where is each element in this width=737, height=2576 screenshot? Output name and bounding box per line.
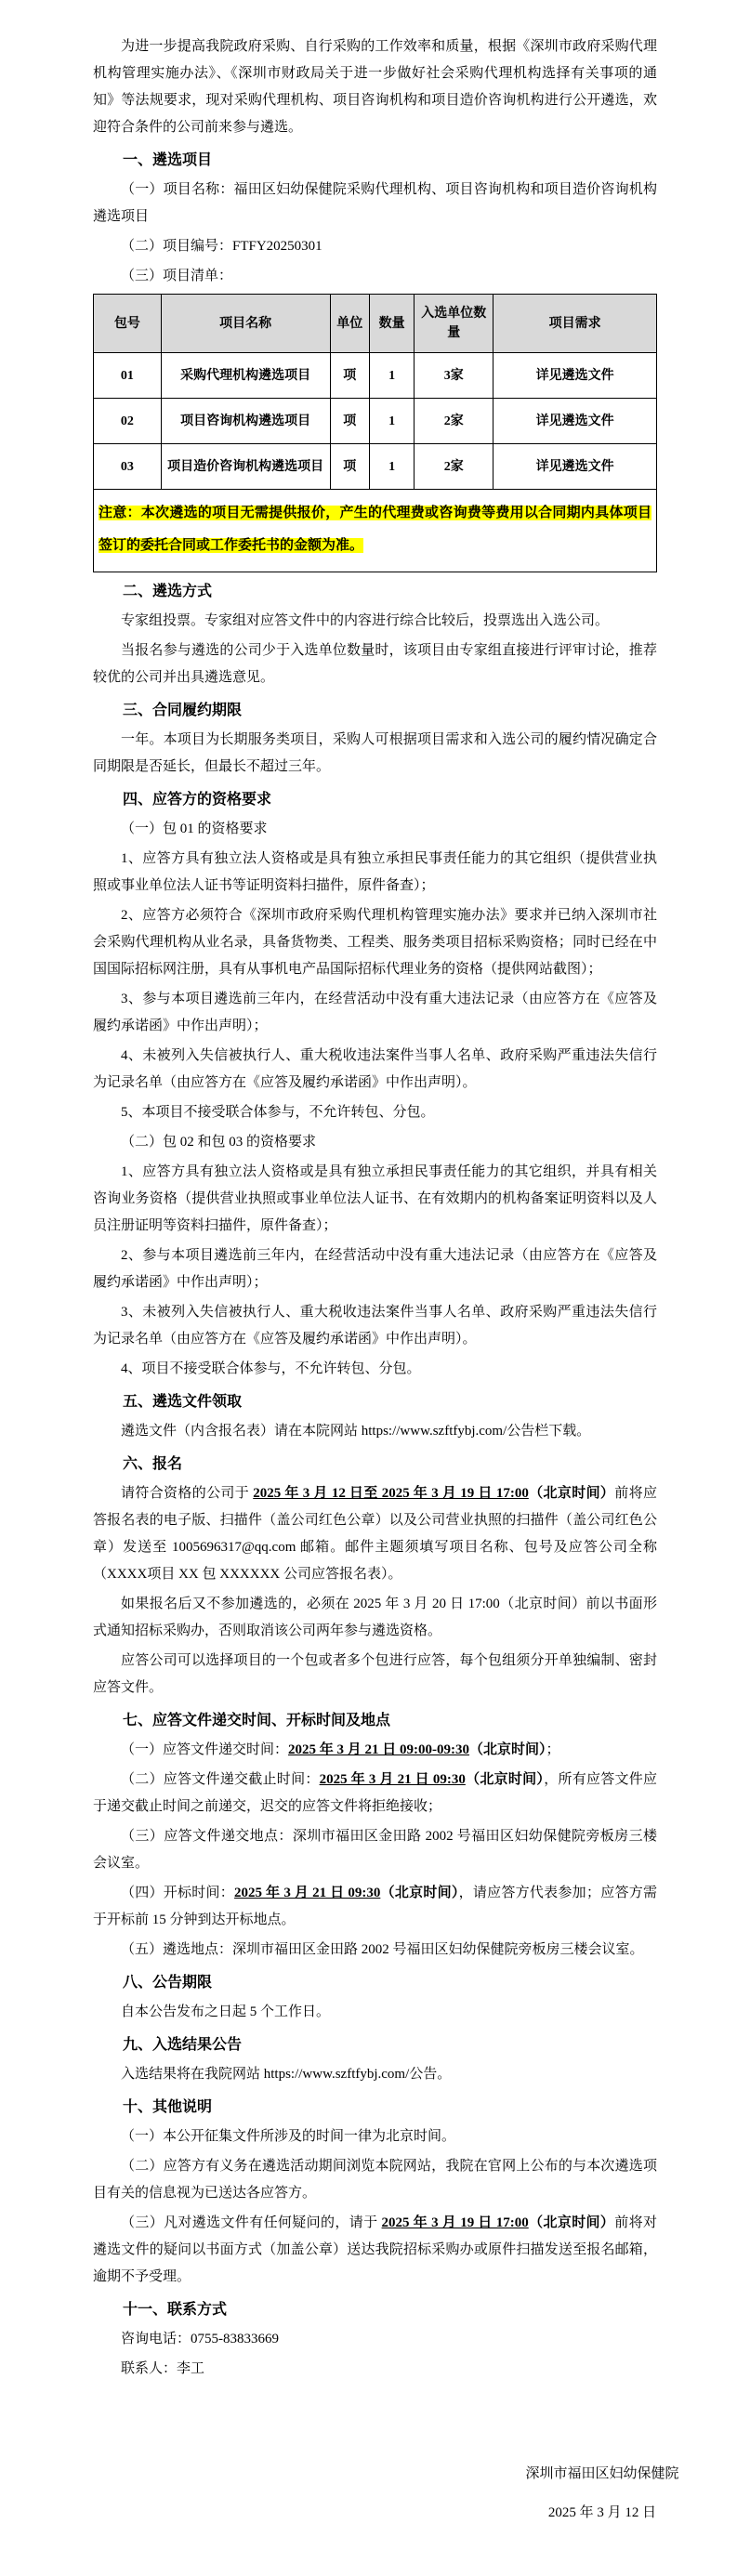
list-item-with-deadline: （一）应答文件递交时间：2025 年 3 月 21 日 09:00-09:30（… — [93, 1737, 657, 1764]
project-list-label: （三）项目清单： — [93, 263, 657, 290]
deadline-date: 2025 年 3 月 21 日 09:30 — [320, 1772, 466, 1787]
cell-unit: 项 — [330, 444, 369, 490]
phone-line: 咨询电话：0755-83833669 — [93, 2326, 657, 2353]
cell-project-name: 项目造价咨询机构遴选项目 — [161, 444, 330, 490]
subsection-heading: （一）包 01 的资格要求 — [93, 816, 657, 843]
subsection-heading: （二）包 02 和包 03 的资格要求 — [93, 1129, 657, 1156]
list-item: （三）应答文件递交地点：深圳市福田区金田路 2002 号福田区妇幼保健院旁板房三… — [93, 1823, 657, 1877]
section-5-heading: 五、遴选文件领取 — [93, 1388, 657, 1415]
cell-selected-count: 2家 — [415, 399, 494, 444]
section-10-heading: 十、其他说明 — [93, 2094, 657, 2121]
paragraph: 遴选文件（内含报名表）请在本院网站 https://www.szftfybj.c… — [93, 1418, 657, 1445]
cell-quantity: 1 — [369, 353, 414, 399]
issue-date: 2025 年 3 月 12 日 — [472, 2500, 732, 2527]
cell-selected-count: 3家 — [415, 353, 494, 399]
cell-unit: 项 — [330, 399, 369, 444]
note-highlighted-text: 注意：本次遴选的项目无需提供报价，产生的代理费或咨询费等费用以合同期内具体项目签… — [99, 506, 651, 553]
col-header-project-name: 项目名称 — [161, 295, 330, 353]
paragraph: 一年。本项目为长期服务类项目，采购人可根据项目需求和入选公司的履约情况确定合同期… — [93, 727, 657, 781]
section-1-heading: 一、遴选项目 — [93, 147, 657, 174]
cell-requirements: 详见遴选文件 — [494, 444, 657, 490]
cell-project-name: 采购代理机构遴选项目 — [161, 353, 330, 399]
deadline-date: 2025 年 3 月 21 日 09:00-09:30 — [288, 1742, 469, 1757]
table-row: 03 项目造价咨询机构遴选项目 项 1 2家 详见遴选文件 — [94, 444, 657, 490]
list-item: （一）本公开征集文件所涉及的时间一律为北京时间。 — [93, 2123, 657, 2150]
project-name-line: （一）项目名称：福田区妇幼保健院采购代理机构、项目咨询机构和项目造价咨询机构遴选… — [93, 177, 657, 230]
timezone-label: （北京时间） — [469, 1742, 546, 1757]
text-segment: （二）应答文件递交截止时间： — [121, 1772, 320, 1787]
section-6-heading: 六、报名 — [93, 1451, 657, 1478]
timezone-label: （北京时间） — [380, 1886, 458, 1900]
list-item: 4、未被列入失信被执行人、重大税收违法案件当事人名单、政府采购严重违法失信行为记… — [93, 1043, 657, 1097]
cell-requirements: 详见遴选文件 — [494, 399, 657, 444]
col-header-unit: 单位 — [330, 295, 369, 353]
text-segment: （一）应答文件递交时间： — [121, 1742, 288, 1757]
paragraph: 入选结果将在我院网站 https://www.szftfybj.com/公告。 — [93, 2061, 657, 2088]
col-header-package: 包号 — [94, 295, 162, 353]
list-item: 2、参与本项目遴选前三年内，在经营活动中没有重大违法记录（由应答方在《应答及履约… — [93, 1242, 657, 1296]
paragraph: 应答公司可以选择项目的一个包或者多个包进行应答，每个包组须分开单独编制、密封应答… — [93, 1648, 657, 1702]
cell-package: 02 — [94, 399, 162, 444]
deadline-date: 2025 年 3 月 21 日 09:30 — [234, 1886, 380, 1900]
list-item: 2、应答方必须符合《深圳市政府采购代理机构管理实施办法》要求并已纳入深圳市社会采… — [93, 902, 657, 983]
cell-selected-count: 2家 — [415, 444, 494, 490]
list-item: （五）遴选地点：深圳市福田区金田路 2002 号福田区妇幼保健院旁板房三楼会议室… — [93, 1937, 657, 1964]
list-item: （二）应答方有义务在遴选活动期间浏览本院网站，我院在官网上公布的与本次遴选项目有… — [93, 2153, 657, 2207]
col-header-selected-count: 入选单位数量 — [415, 295, 494, 353]
project-number-line: （二）项目编号：FTFY20250301 — [93, 233, 657, 260]
text-segment: ； — [546, 1742, 560, 1757]
table-row: 01 采购代理机构遴选项目 项 1 3家 详见遴选文件 — [94, 353, 657, 399]
list-item-with-deadline: （三）凡对遴选文件有任何疑问的，请于 2025 年 3 月 19 日 17:00… — [93, 2210, 657, 2291]
contact-person-line: 联系人：李工 — [93, 2356, 657, 2383]
col-header-requirements: 项目需求 — [494, 295, 657, 353]
list-item: 3、未被列入失信被执行人、重大税收违法案件当事人名单、政府采购严重违法失信行为记… — [93, 1299, 657, 1353]
table-row: 02 项目咨询机构遴选项目 项 1 2家 详见遴选文件 — [94, 399, 657, 444]
list-item: 5、本项目不接受联合体参与，不允许转包、分包。 — [93, 1099, 657, 1126]
project-table: 包号 项目名称 单位 数量 入选单位数量 项目需求 01 采购代理机构遴选项目 … — [93, 294, 657, 490]
document-page: 为进一步提高我院政府采购、自行采购的工作效率和质量，根据《深圳市政府采购代理机构… — [0, 0, 737, 2576]
section-9-heading: 九、入选结果公告 — [93, 2031, 657, 2058]
list-item: 1、应答方具有独立法人资格或是具有独立承担民事责任能力的其它组织（提供营业执照或… — [93, 846, 657, 900]
table-header-row: 包号 项目名称 单位 数量 入选单位数量 项目需求 — [94, 295, 657, 353]
issuer-name: 深圳市福田区妇幼保健院 — [472, 2461, 732, 2488]
paragraph: 如果报名后又不参加遴选的，必须在 2025 年 3 月 20 日 17:00（北… — [93, 1591, 657, 1645]
intro-paragraph: 为进一步提高我院政府采购、自行采购的工作效率和质量，根据《深圳市政府采购代理机构… — [93, 33, 657, 141]
section-7-heading: 七、应答文件递交时间、开标时间及地点 — [93, 1707, 657, 1734]
paragraph: 当报名参与遴选的公司少于入选单位数量时，该项目由专家组直接进行评审讨论，推荐较优… — [93, 637, 657, 691]
section-2-heading: 二、遴选方式 — [93, 578, 657, 605]
paragraph: 专家组投票。专家组对应答文件中的内容进行综合比较后，投票选出入选公司。 — [93, 608, 657, 635]
cell-project-name: 项目咨询机构遴选项目 — [161, 399, 330, 444]
timezone-label: （北京时间） — [529, 1486, 614, 1501]
list-item-with-deadline: （二）应答文件递交截止时间：2025 年 3 月 21 日 09:30（北京时间… — [93, 1767, 657, 1820]
cell-package: 01 — [94, 353, 162, 399]
cell-unit: 项 — [330, 353, 369, 399]
deadline-date: 2025 年 3 月 19 日 17:00 — [382, 2215, 529, 2230]
text-segment: （三）凡对遴选文件有任何疑问的，请于 — [121, 2215, 382, 2230]
list-item: 4、项目不接受联合体参与，不允许转包、分包。 — [93, 1356, 657, 1383]
cell-quantity: 1 — [369, 399, 414, 444]
cell-requirements: 详见遴选文件 — [494, 353, 657, 399]
timezone-label: （北京时间） — [529, 2215, 615, 2230]
col-header-quantity: 数量 — [369, 295, 414, 353]
list-item: 3、参与本项目遴选前三年内，在经营活动中没有重大违法记录（由应答方在《应答及履约… — [93, 986, 657, 1040]
cell-quantity: 1 — [369, 444, 414, 490]
section-4-heading: 四、应答方的资格要求 — [93, 786, 657, 813]
list-item: 1、应答方具有独立法人资格或是具有独立承担民事责任能力的其它组织，并具有相关咨询… — [93, 1159, 657, 1240]
list-item-with-deadline: （四）开标时间：2025 年 3 月 21 日 09:30（北京时间），请应答方… — [93, 1880, 657, 1934]
section-3-heading: 三、合同履约期限 — [93, 697, 657, 724]
table-note-box: 注意：本次遴选的项目无需提供报价，产生的代理费或咨询费等费用以合同期内具体项目签… — [93, 490, 657, 572]
text-segment: 请符合资格的公司于 — [121, 1486, 253, 1501]
section-11-heading: 十一、联系方式 — [93, 2296, 657, 2323]
text-segment: （四）开标时间： — [121, 1886, 234, 1900]
section-8-heading: 八、公告期限 — [93, 1969, 657, 1996]
cell-package: 03 — [94, 444, 162, 490]
signature-block: 深圳市福田区妇幼保健院 2025 年 3 月 12 日 — [472, 2461, 732, 2527]
paragraph-with-deadline: 请符合资格的公司于 2025 年 3 月 12 日至 2025 年 3 月 19… — [93, 1480, 657, 1588]
timezone-label: （北京时间） — [466, 1772, 544, 1787]
deadline-date: 2025 年 3 月 12 日至 2025 年 3 月 19 日 17:00 — [253, 1486, 529, 1501]
paragraph: 自本公告发布之日起 5 个工作日。 — [93, 1999, 657, 2026]
